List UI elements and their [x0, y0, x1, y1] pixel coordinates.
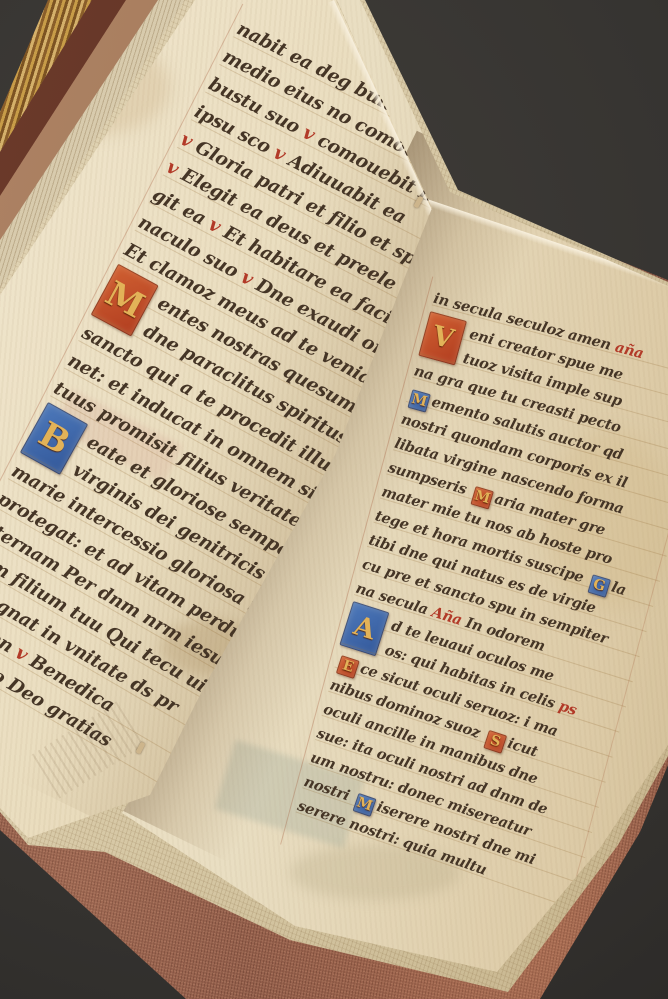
rubric-text: aña: [613, 339, 645, 363]
ink-text: la: [609, 579, 628, 599]
rubric-text: ps: [557, 697, 579, 719]
manuscript-photo-scene: in secula seculoz amen añaVeni creator s…: [0, 0, 668, 999]
